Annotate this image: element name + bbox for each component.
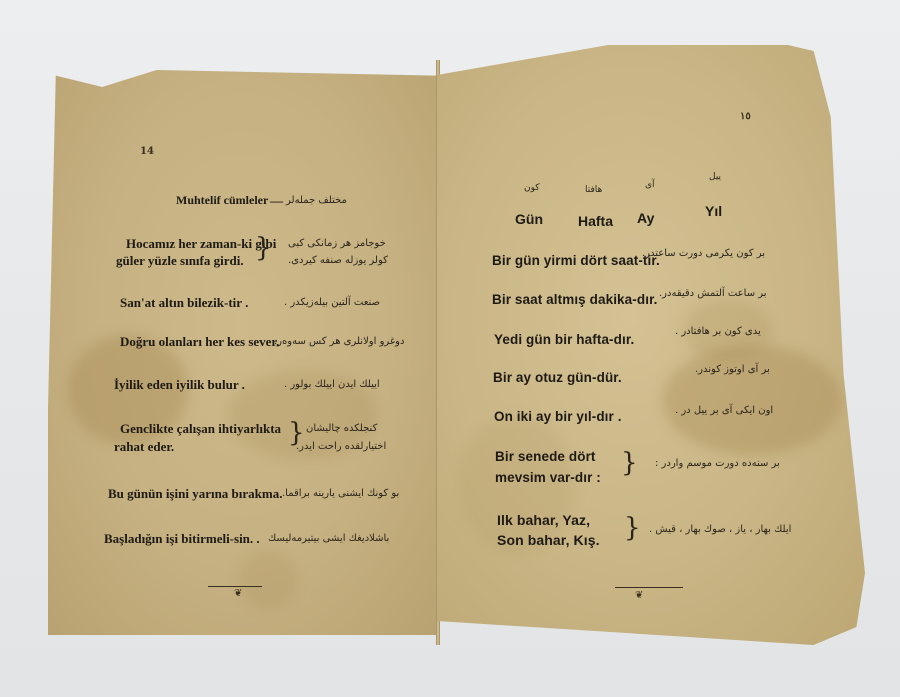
sentence-latin: İyilik eden iyilik bulur . [114, 376, 245, 393]
sentence-ottoman: اختیارلقدە راحت ايدر. [296, 438, 386, 455]
left-page: 14 Muhtelif cümleler — مختلف جملەلر Hoca… [48, 70, 436, 635]
sentence-ottoman: ايلك بهار ، ياز ، صوك بهار ، قيش . [649, 521, 791, 538]
brace: } [621, 450, 638, 476]
sentence-ottoman: بو كونك ايشنی يارينە براقما. [282, 485, 399, 502]
header-hafta: Hafta [578, 213, 613, 229]
footer-ornament: ❦ [234, 588, 242, 599]
sentence-ottoman: دوغرو اولانلری هر كس سەوەر. [274, 333, 404, 350]
footer-rule [615, 587, 683, 588]
sentence-latin: Genclikte çalışan ihtiyarlıkta [120, 420, 281, 437]
page-title-ottoman: مختلف جملەلر [286, 192, 347, 209]
sentence-ottoman: صنعت آلتین بیلەزیكدر . [284, 294, 380, 311]
sentence-ottoman: يدی كون بر هافتادر . [675, 323, 761, 340]
page-number: ١٥ [740, 111, 751, 122]
sentence-latin: Bir senede dört [495, 448, 596, 465]
sentence-ottoman: خوجامز هر زمانكی كبی [288, 235, 386, 252]
sentence-ottoman: بر كون يكرمی دورت ساعتدر. [642, 245, 765, 262]
header-ottoman-yil: ییل [709, 172, 721, 182]
sentence-latin: Ilk bahar, Yaz, [497, 512, 590, 529]
sentence-ottoman: اون ايكی آی بر ييل در . [675, 402, 773, 419]
sentence-ottoman: بر سنەدە دورت موسم واردر : [655, 455, 780, 472]
sentence-latin: San'at altın bilezik-tir . [120, 294, 248, 311]
sentence-latin: Doğru olanları her kes sever. [120, 333, 279, 350]
header-yil: Yıl [705, 203, 722, 219]
sentence-ottoman: كولر يوزلە صنفە كيردی. [288, 252, 388, 269]
sentence-ottoman: بر آی اوتوز كوندر. [695, 361, 770, 378]
sentence-latin: Son bahar, Kış. [497, 532, 600, 549]
sentence-latin: güler yüzle sınıfa girdi. [116, 252, 244, 269]
sentence-latin: rahat eder. [114, 438, 174, 455]
sentence-latin: Bir gün yirmi dört saat-tir. [492, 252, 660, 269]
header-gun: Gün [515, 211, 543, 227]
sentence-ottoman: ایيلك ايدن ایيلك بولور . [284, 376, 380, 393]
right-page: ١٥ كون هافتا آی ییل Gün Hafta Ay Yıl Bir… [437, 45, 865, 645]
sentence-latin: Başladığın işi bitirmeli-sin. . [104, 530, 260, 547]
sentence-latin: On iki ay bir yıl-dır . [494, 408, 622, 425]
sentence-latin: Bir saat altmış dakika-dır. [492, 291, 658, 308]
header-ottoman-hafta: هافتا [585, 185, 602, 195]
sentence-latin: Bu günün işini yarına bırakma. [108, 485, 282, 502]
brace: } [255, 235, 272, 261]
title-dash: — [270, 192, 283, 209]
sentence-latin: Hocamız her zaman-ki gibi [126, 235, 276, 252]
footer-ornament: ❦ [635, 590, 643, 601]
header-ay: Ay [637, 210, 654, 226]
footer-rule [208, 586, 262, 587]
sentence-ottoman: كنجلكدە چالیشان [306, 420, 377, 437]
water-stain [238, 550, 298, 610]
header-ottoman-ay: آی [645, 180, 655, 190]
page-title: Muhtelif cümleler [176, 192, 268, 209]
sentence-ottoman: باشلادیغك ايشی بيتيرمەليسك [268, 530, 389, 547]
sentence-latin: Bir ay otuz gün-dür. [493, 369, 622, 386]
sentence-ottoman: بر ساعت آلتمش دقیقەدر. [659, 285, 767, 302]
page-number: 14 [140, 146, 154, 157]
sentence-latin: Yedi gün bir hafta-dır. [494, 331, 634, 348]
brace: } [624, 515, 641, 541]
sentence-latin: mevsim var-dır : [495, 469, 601, 486]
header-ottoman-gun: كون [524, 183, 540, 193]
